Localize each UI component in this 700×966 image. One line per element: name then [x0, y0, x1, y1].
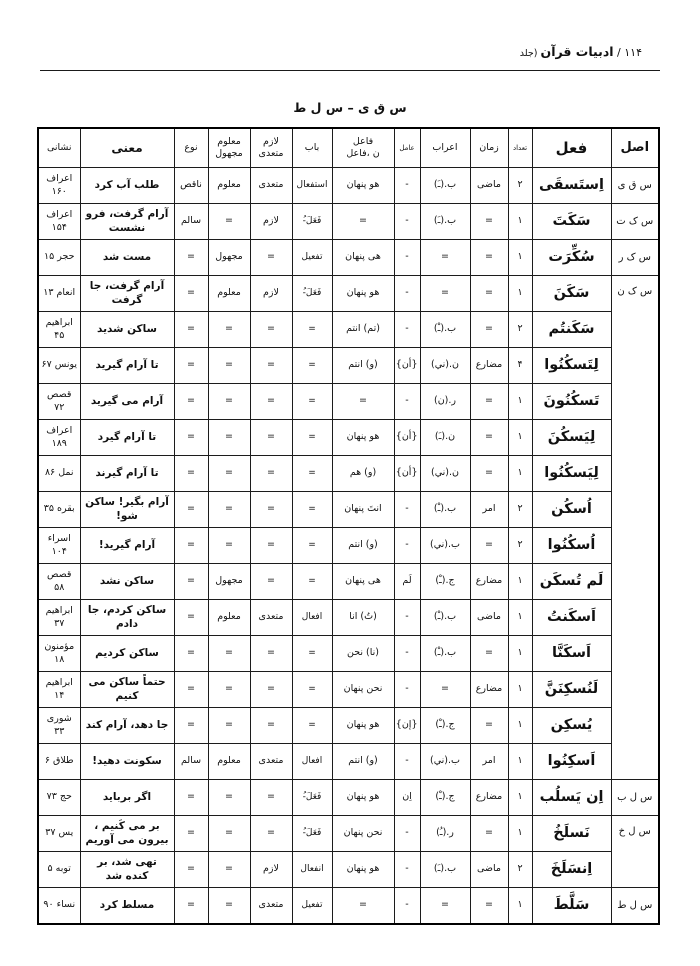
cell-lazem: =: [250, 564, 292, 600]
column-header-zaman: زمان: [470, 128, 508, 168]
cell-malum: مجهول: [208, 564, 250, 600]
cell-fel: لِیَسكُنَ: [532, 420, 611, 456]
cell-tedad: ۱: [508, 276, 532, 312]
cell-zaman: مضارع: [470, 564, 508, 600]
cell-tedad: ۱: [508, 744, 532, 780]
cell-fel: اُسكُن: [532, 492, 611, 528]
cell-fael: هو پنهان: [332, 852, 394, 888]
cell-neshani: طلاق ۶: [38, 744, 80, 780]
cell-no: =: [174, 456, 208, 492]
table-row: اَسكَنتُ۱ماضیب.(ـْ)-(تُ) اناافعالمتعدیمع…: [38, 600, 659, 636]
table-row: لِتَسكُنُوا۴مضارعن.(ني){أن}(و) انتم====ت…: [38, 348, 659, 384]
cell-malum: =: [208, 348, 250, 384]
cell-tedad: ۱: [508, 708, 532, 744]
cell-lazem: =: [250, 780, 292, 816]
cell-no: =: [174, 348, 208, 384]
cell-erab: ب.(ـْ): [420, 492, 470, 528]
cell-mani: تهی شد، بر کنده شد: [80, 852, 174, 888]
cell-tedad: ۲: [508, 528, 532, 564]
cell-mani: ساکن شدید: [80, 312, 174, 348]
cell-zaman: =: [470, 636, 508, 672]
cell-tedad: ۱: [508, 240, 532, 276]
cell-fel: اُسكُنُوا: [532, 528, 611, 564]
cell-fael: هو پنهان: [332, 276, 394, 312]
cell-fel: نَسلَخُ: [532, 816, 611, 852]
cell-erab: =: [420, 888, 470, 925]
cell-fael: نحن پنهان: [332, 816, 394, 852]
cell-mani: ساکن کردیم: [80, 636, 174, 672]
cell-amel: -: [394, 600, 420, 636]
cell-amel: اِن: [394, 780, 420, 816]
cell-bab: =: [292, 528, 332, 564]
cell-erab: ر.(ـُ): [420, 816, 470, 852]
cell-mani: اگر برباید: [80, 780, 174, 816]
table-row: س ل خنَسلَخُ۱=ر.(ـُ)-نحن پنهانفَعَلَ-ُ==…: [38, 816, 659, 852]
cell-no: =: [174, 636, 208, 672]
cell-erab: ج.(ـْ): [420, 564, 470, 600]
cell-bab: فَعَلَ-ُ: [292, 276, 332, 312]
table-body: س ق یاِستَسقَى۲ماضیب.(ـَ)-هو پنهاناستفعا…: [38, 168, 659, 925]
cell-bab: افعال: [292, 600, 332, 636]
cell-neshani: قصص ۵۸: [38, 564, 80, 600]
cell-neshani: شوری ۳۳: [38, 708, 80, 744]
cell-asl: س ک ر: [611, 240, 659, 276]
cell-lazem: =: [250, 672, 292, 708]
cell-amel: -: [394, 528, 420, 564]
cell-erab: ب.(ـَ): [420, 852, 470, 888]
cell-zaman: =: [470, 240, 508, 276]
cell-fael: (تم) انتم: [332, 312, 394, 348]
table-row: س ل باِن یَسلُب۱مضارعج.(ـْ)اِنهو پنهانفَ…: [38, 780, 659, 816]
cell-neshani: نساء ۹۰: [38, 888, 80, 925]
volume-label: (جلد: [520, 48, 541, 59]
cell-neshani: ابراهیم ۴۵: [38, 312, 80, 348]
cell-no: =: [174, 528, 208, 564]
cell-fel: سَكَنتُم: [532, 312, 611, 348]
cell-fael: هو پنهان: [332, 780, 394, 816]
cell-neshani: اعراف ۱۵۴: [38, 204, 80, 240]
cell-erab: ب.(ـْ): [420, 636, 470, 672]
cell-fael: (تُ) انا: [332, 600, 394, 636]
cell-asl: س ل ب: [611, 780, 659, 816]
cell-fel: لِتَسكُنُوا: [532, 348, 611, 384]
cell-fael: (و) انتم: [332, 348, 394, 384]
cell-lazem: لازم: [250, 852, 292, 888]
cell-fael: =: [332, 888, 394, 925]
column-header-erab: اعراب: [420, 128, 470, 168]
table-row: اَسكِنُوا۱امرب.(ني)-(و) انتمافعالمتعدیمع…: [38, 744, 659, 780]
cell-bab: =: [292, 348, 332, 384]
cell-zaman: =: [470, 276, 508, 312]
cell-fael: انتَ پنهان: [332, 492, 394, 528]
cell-tedad: ۲: [508, 492, 532, 528]
cell-bab: =: [292, 456, 332, 492]
cell-neshani: اسراء ۱۰۴: [38, 528, 80, 564]
cell-malum: =: [208, 636, 250, 672]
cell-mani: جا دهد، آرام کند: [80, 708, 174, 744]
cell-no: =: [174, 672, 208, 708]
cell-fael: (و) انتم: [332, 744, 394, 780]
cell-mani: آرام می گیرید: [80, 384, 174, 420]
cell-fael: هی پنهان: [332, 240, 394, 276]
cell-bab: فَعَلَ-ُ: [292, 204, 332, 240]
cell-tedad: ۱: [508, 384, 532, 420]
table-row: س ل طسَلَّطَ۱==-=تفعیلمتعدی==مسلط کردنسا…: [38, 888, 659, 925]
cell-asl: س ل خ: [611, 816, 659, 888]
cell-lazem: =: [250, 312, 292, 348]
cell-neshani: بقره ۳۵: [38, 492, 80, 528]
cell-neshani: حج ۷۳: [38, 780, 80, 816]
cell-bab: =: [292, 672, 332, 708]
header-divider: [40, 70, 660, 71]
cell-tedad: ۱: [508, 204, 532, 240]
table-row: یُسكِن۱=ج.(ـْ){إن}هو پنهان====جا دهد، آر…: [38, 708, 659, 744]
column-header-mani: معنی: [80, 128, 174, 168]
cell-lazem: لازم: [250, 204, 292, 240]
cell-erab: =: [420, 672, 470, 708]
cell-malum: =: [208, 204, 250, 240]
cell-amel: {أن}: [394, 456, 420, 492]
cell-erab: ب.(ني): [420, 744, 470, 780]
cell-bab: =: [292, 420, 332, 456]
cell-mani: آرام گرفت، فرو نشست: [80, 204, 174, 240]
cell-tedad: ۱: [508, 816, 532, 852]
cell-amel: -: [394, 672, 420, 708]
cell-tedad: ۱: [508, 456, 532, 492]
cell-zaman: =: [470, 456, 508, 492]
cell-tedad: ۱: [508, 888, 532, 925]
cell-zaman: امر: [470, 492, 508, 528]
table-row: لِیَسكُنُوا۱=ن.(ني){أن}(و) هم====تا آرام…: [38, 456, 659, 492]
cell-mani: طلب آب کرد: [80, 168, 174, 204]
cell-lazem: =: [250, 708, 292, 744]
cell-amel: -: [394, 384, 420, 420]
cell-erab: ب.(ـْ): [420, 600, 470, 636]
cell-bab: فَعَلَ-ُ: [292, 816, 332, 852]
cell-no: ناقص: [174, 168, 208, 204]
cell-zaman: =: [470, 816, 508, 852]
cell-bab: تفعیل: [292, 240, 332, 276]
cell-zaman: ماضی: [470, 168, 508, 204]
column-header-lazem: لازم متعدی: [250, 128, 292, 168]
cell-asl: س ک ت: [611, 204, 659, 240]
cell-no: =: [174, 492, 208, 528]
cell-lazem: =: [250, 384, 292, 420]
cell-erab: ن.(ـَ): [420, 420, 470, 456]
cell-malum: =: [208, 456, 250, 492]
cell-fael: هی پنهان: [332, 564, 394, 600]
cell-fel: سَكَتَ: [532, 204, 611, 240]
cell-amel: -: [394, 276, 420, 312]
cell-neshani: اعراف ۱۸۹: [38, 420, 80, 456]
cell-lazem: =: [250, 420, 292, 456]
cell-asl: س ک ن: [611, 276, 659, 780]
cell-fael: =: [332, 204, 394, 240]
section-title: س ق ی – س ل ط: [0, 100, 700, 115]
cell-bab: =: [292, 312, 332, 348]
cell-fael: (نا) نحن: [332, 636, 394, 672]
cell-lazem: لازم: [250, 276, 292, 312]
cell-erab: ن.(ني): [420, 456, 470, 492]
cell-malum: =: [208, 780, 250, 816]
cell-fel: لَم تُسكَن: [532, 564, 611, 600]
table-row: اِنسَلَخَ۲ماضیب.(ـَ)-هو پنهانانفعاللازم=…: [38, 852, 659, 888]
cell-amel: -: [394, 852, 420, 888]
cell-no: =: [174, 780, 208, 816]
table-row: س ک نسَكَنَ۱==-هو پنهانفَعَلَ-ُلازممعلوم…: [38, 276, 659, 312]
cell-lazem: متعدی: [250, 168, 292, 204]
cell-mani: آرام گرفت، جا گرفت: [80, 276, 174, 312]
column-header-fel: فعل: [532, 128, 611, 168]
cell-bab: =: [292, 492, 332, 528]
cell-neshani: نمل ۸۶: [38, 456, 80, 492]
cell-erab: ب.(ـْ): [420, 312, 470, 348]
cell-fel: یُسكِن: [532, 708, 611, 744]
cell-malum: =: [208, 816, 250, 852]
cell-amel: -: [394, 816, 420, 852]
cell-tedad: ۲: [508, 312, 532, 348]
cell-malum: =: [208, 852, 250, 888]
cell-fael: (و) انتم: [332, 528, 394, 564]
cell-tedad: ۱: [508, 564, 532, 600]
page-number: ۱۱۴ /: [614, 46, 642, 59]
cell-lazem: متعدی: [250, 600, 292, 636]
table-header-row: اصلفعلتعدادزماناعرابعاملفاعل ن ،فاعلبابل…: [38, 128, 659, 168]
cell-mani: بر می کَنیم ، بیرون می آوریم: [80, 816, 174, 852]
verb-analysis-table: اصلفعلتعدادزماناعرابعاملفاعل ن ،فاعلبابل…: [37, 127, 660, 925]
cell-tedad: ۲: [508, 168, 532, 204]
cell-tedad: ۴: [508, 348, 532, 384]
column-header-amel: عامل: [394, 128, 420, 168]
cell-erab: =: [420, 276, 470, 312]
cell-no: =: [174, 312, 208, 348]
cell-zaman: =: [470, 528, 508, 564]
cell-mani: آرام بگیر! ساکن شو!: [80, 492, 174, 528]
cell-mani: ساکن کردم، جا دادم: [80, 600, 174, 636]
cell-neshani: ابراهیم ۳۷: [38, 600, 80, 636]
cell-lazem: =: [250, 636, 292, 672]
cell-malum: معلوم: [208, 600, 250, 636]
cell-zaman: مضارع: [470, 672, 508, 708]
table-row: لَنُسكِنَنَّ۱مضارع=-نحن پنهان====حتماً س…: [38, 672, 659, 708]
cell-amel: -: [394, 204, 420, 240]
cell-tedad: ۱: [508, 420, 532, 456]
cell-malum: =: [208, 672, 250, 708]
cell-fel: لَنُسكِنَنَّ: [532, 672, 611, 708]
cell-zaman: =: [470, 708, 508, 744]
cell-zaman: =: [470, 888, 508, 925]
cell-no: =: [174, 888, 208, 925]
cell-neshani: مؤمنون ۱۸: [38, 636, 80, 672]
cell-lazem: =: [250, 528, 292, 564]
cell-fel: اِنسَلَخَ: [532, 852, 611, 888]
cell-lazem: =: [250, 816, 292, 852]
cell-erab: ج.(ـْ): [420, 708, 470, 744]
cell-no: =: [174, 600, 208, 636]
book-title: ادبیات قرآن: [541, 44, 614, 59]
column-header-asl: اصل: [611, 128, 659, 168]
cell-amel: {أن}: [394, 420, 420, 456]
cell-bab: انفعال: [292, 852, 332, 888]
page-header: ۱۱۴ / ادبیات قرآن (جلد: [520, 44, 642, 59]
cell-neshani: قصص ۷۲: [38, 384, 80, 420]
cell-amel: -: [394, 492, 420, 528]
cell-malum: =: [208, 312, 250, 348]
column-header-fael: فاعل ن ،فاعل: [332, 128, 394, 168]
cell-bab: افعال: [292, 744, 332, 780]
table-row: س ق یاِستَسقَى۲ماضیب.(ـَ)-هو پنهاناستفعا…: [38, 168, 659, 204]
cell-lazem: متعدی: [250, 744, 292, 780]
cell-fael: =: [332, 384, 394, 420]
cell-zaman: امر: [470, 744, 508, 780]
cell-bab: =: [292, 636, 332, 672]
cell-amel: {أن}: [394, 348, 420, 384]
cell-amel: {إن}: [394, 708, 420, 744]
column-header-no: نوع: [174, 128, 208, 168]
cell-neshani: ابراهیم ۱۴: [38, 672, 80, 708]
cell-mani: سکونت دهید!: [80, 744, 174, 780]
cell-fael: (و) هم: [332, 456, 394, 492]
cell-bab: تفعیل: [292, 888, 332, 925]
cell-mani: آرام گیرید!: [80, 528, 174, 564]
cell-no: =: [174, 240, 208, 276]
cell-neshani: یونس ۶۷: [38, 348, 80, 384]
cell-no: =: [174, 708, 208, 744]
cell-mani: تا آرام گیرید: [80, 348, 174, 384]
table-row: س ک تسَكَتَ۱=ب.(ـَ)-=فَعَلَ-ُلازم=سالمآر…: [38, 204, 659, 240]
cell-amel: -: [394, 240, 420, 276]
cell-amel: -: [394, 168, 420, 204]
cell-fael: نحن پنهان: [332, 672, 394, 708]
cell-malum: معلوم: [208, 744, 250, 780]
cell-erab: ب.(ـَ): [420, 204, 470, 240]
cell-zaman: مضارع: [470, 780, 508, 816]
column-header-bab: باب: [292, 128, 332, 168]
cell-zaman: مضارع: [470, 348, 508, 384]
table-row: سَكَنتُم۲=ب.(ـْ)-(تم) انتم====ساکن شدیدا…: [38, 312, 659, 348]
cell-malum: =: [208, 384, 250, 420]
cell-mani: مسلط کرد: [80, 888, 174, 925]
cell-erab: ر.(ن): [420, 384, 470, 420]
cell-neshani: حجر ۱۵: [38, 240, 80, 276]
cell-neshani: توبه ۵: [38, 852, 80, 888]
cell-amel: -: [394, 744, 420, 780]
cell-lazem: =: [250, 492, 292, 528]
cell-erab: ب.(ني): [420, 528, 470, 564]
cell-fel: اِستَسقَى: [532, 168, 611, 204]
cell-amel: لَم: [394, 564, 420, 600]
cell-mani: تا آرام گیرند: [80, 456, 174, 492]
column-header-neshani: نشانی: [38, 128, 80, 168]
cell-bab: فَعَلَ-ُ: [292, 780, 332, 816]
cell-tedad: ۱: [508, 672, 532, 708]
cell-malum: معلوم: [208, 276, 250, 312]
cell-bab: استفعال: [292, 168, 332, 204]
cell-malum: مجهول: [208, 240, 250, 276]
table-row: اُسكُنُوا۲=ب.(ني)-(و) انتم====آرام گیرید…: [38, 528, 659, 564]
cell-erab: ب.(ـَ): [420, 168, 470, 204]
cell-zaman: =: [470, 420, 508, 456]
cell-neshani: اعراف ۱۶۰: [38, 168, 80, 204]
cell-no: =: [174, 384, 208, 420]
column-header-malum: معلوم مجهول: [208, 128, 250, 168]
cell-malum: =: [208, 492, 250, 528]
cell-mani: تا آرام گیرد: [80, 420, 174, 456]
cell-bab: =: [292, 564, 332, 600]
cell-bab: =: [292, 708, 332, 744]
cell-amel: -: [394, 312, 420, 348]
cell-lazem: متعدی: [250, 888, 292, 925]
cell-mani: مست شد: [80, 240, 174, 276]
cell-lazem: =: [250, 456, 292, 492]
cell-fael: هو پنهان: [332, 420, 394, 456]
cell-malum: =: [208, 420, 250, 456]
document-page: ۱۱۴ / ادبیات قرآن (جلد س ق ی – س ل ط اصل…: [0, 0, 700, 966]
cell-zaman: ماضی: [470, 852, 508, 888]
cell-no: =: [174, 276, 208, 312]
cell-fel: اِن یَسلُب: [532, 780, 611, 816]
cell-asl: س ل ط: [611, 888, 659, 925]
cell-fael: هو پنهان: [332, 708, 394, 744]
table-row: اَسكَنَّا۱=ب.(ـْ)-(نا) نحن====ساکن کردیم…: [38, 636, 659, 672]
cell-fel: اَسكَنَّا: [532, 636, 611, 672]
cell-erab: ن.(ني): [420, 348, 470, 384]
cell-no: =: [174, 420, 208, 456]
cell-bab: =: [292, 384, 332, 420]
cell-fel: لِیَسكُنُوا: [532, 456, 611, 492]
cell-mani: حتماً ساکن می کنیم: [80, 672, 174, 708]
cell-lazem: =: [250, 348, 292, 384]
table-row: لَم تُسكَن۱مضارعج.(ـْ)لَمهی پنهان==مجهول…: [38, 564, 659, 600]
cell-malum: =: [208, 888, 250, 925]
cell-zaman: ماضی: [470, 600, 508, 636]
cell-erab: =: [420, 240, 470, 276]
cell-no: =: [174, 816, 208, 852]
cell-fel: سَكَنَ: [532, 276, 611, 312]
cell-no: =: [174, 564, 208, 600]
cell-neshani: انعام ۱۳: [38, 276, 80, 312]
cell-amel: -: [394, 636, 420, 672]
cell-malum: =: [208, 708, 250, 744]
table-row: لِیَسكُنَ۱=ن.(ـَ){أن}هو پنهان====تا آرام…: [38, 420, 659, 456]
cell-no: سالم: [174, 744, 208, 780]
cell-erab: ج.(ـْ): [420, 780, 470, 816]
cell-lazem: =: [250, 240, 292, 276]
table-row: تَسكُنُونَ۱=ر.(ن)-=====آرام می گیریدقصص …: [38, 384, 659, 420]
cell-fel: سُكِّرَت: [532, 240, 611, 276]
cell-zaman: =: [470, 384, 508, 420]
cell-tedad: ۱: [508, 780, 532, 816]
cell-fael: هو پنهان: [332, 168, 394, 204]
cell-mani: ساکن نشد: [80, 564, 174, 600]
cell-malum: معلوم: [208, 168, 250, 204]
cell-fel: تَسكُنُونَ: [532, 384, 611, 420]
cell-malum: =: [208, 528, 250, 564]
cell-zaman: =: [470, 204, 508, 240]
cell-asl: س ق ی: [611, 168, 659, 204]
cell-fel: اَسكَنتُ: [532, 600, 611, 636]
cell-tedad: ۲: [508, 852, 532, 888]
table-row: اُسكُن۲امرب.(ـْ)-انتَ پنهان====آرام بگیر…: [38, 492, 659, 528]
cell-fel: اَسكِنُوا: [532, 744, 611, 780]
cell-fel: سَلَّطَ: [532, 888, 611, 925]
cell-zaman: =: [470, 312, 508, 348]
cell-tedad: ۱: [508, 600, 532, 636]
cell-no: =: [174, 852, 208, 888]
cell-no: سالم: [174, 204, 208, 240]
cell-amel: -: [394, 888, 420, 925]
column-header-tedad: تعداد: [508, 128, 532, 168]
